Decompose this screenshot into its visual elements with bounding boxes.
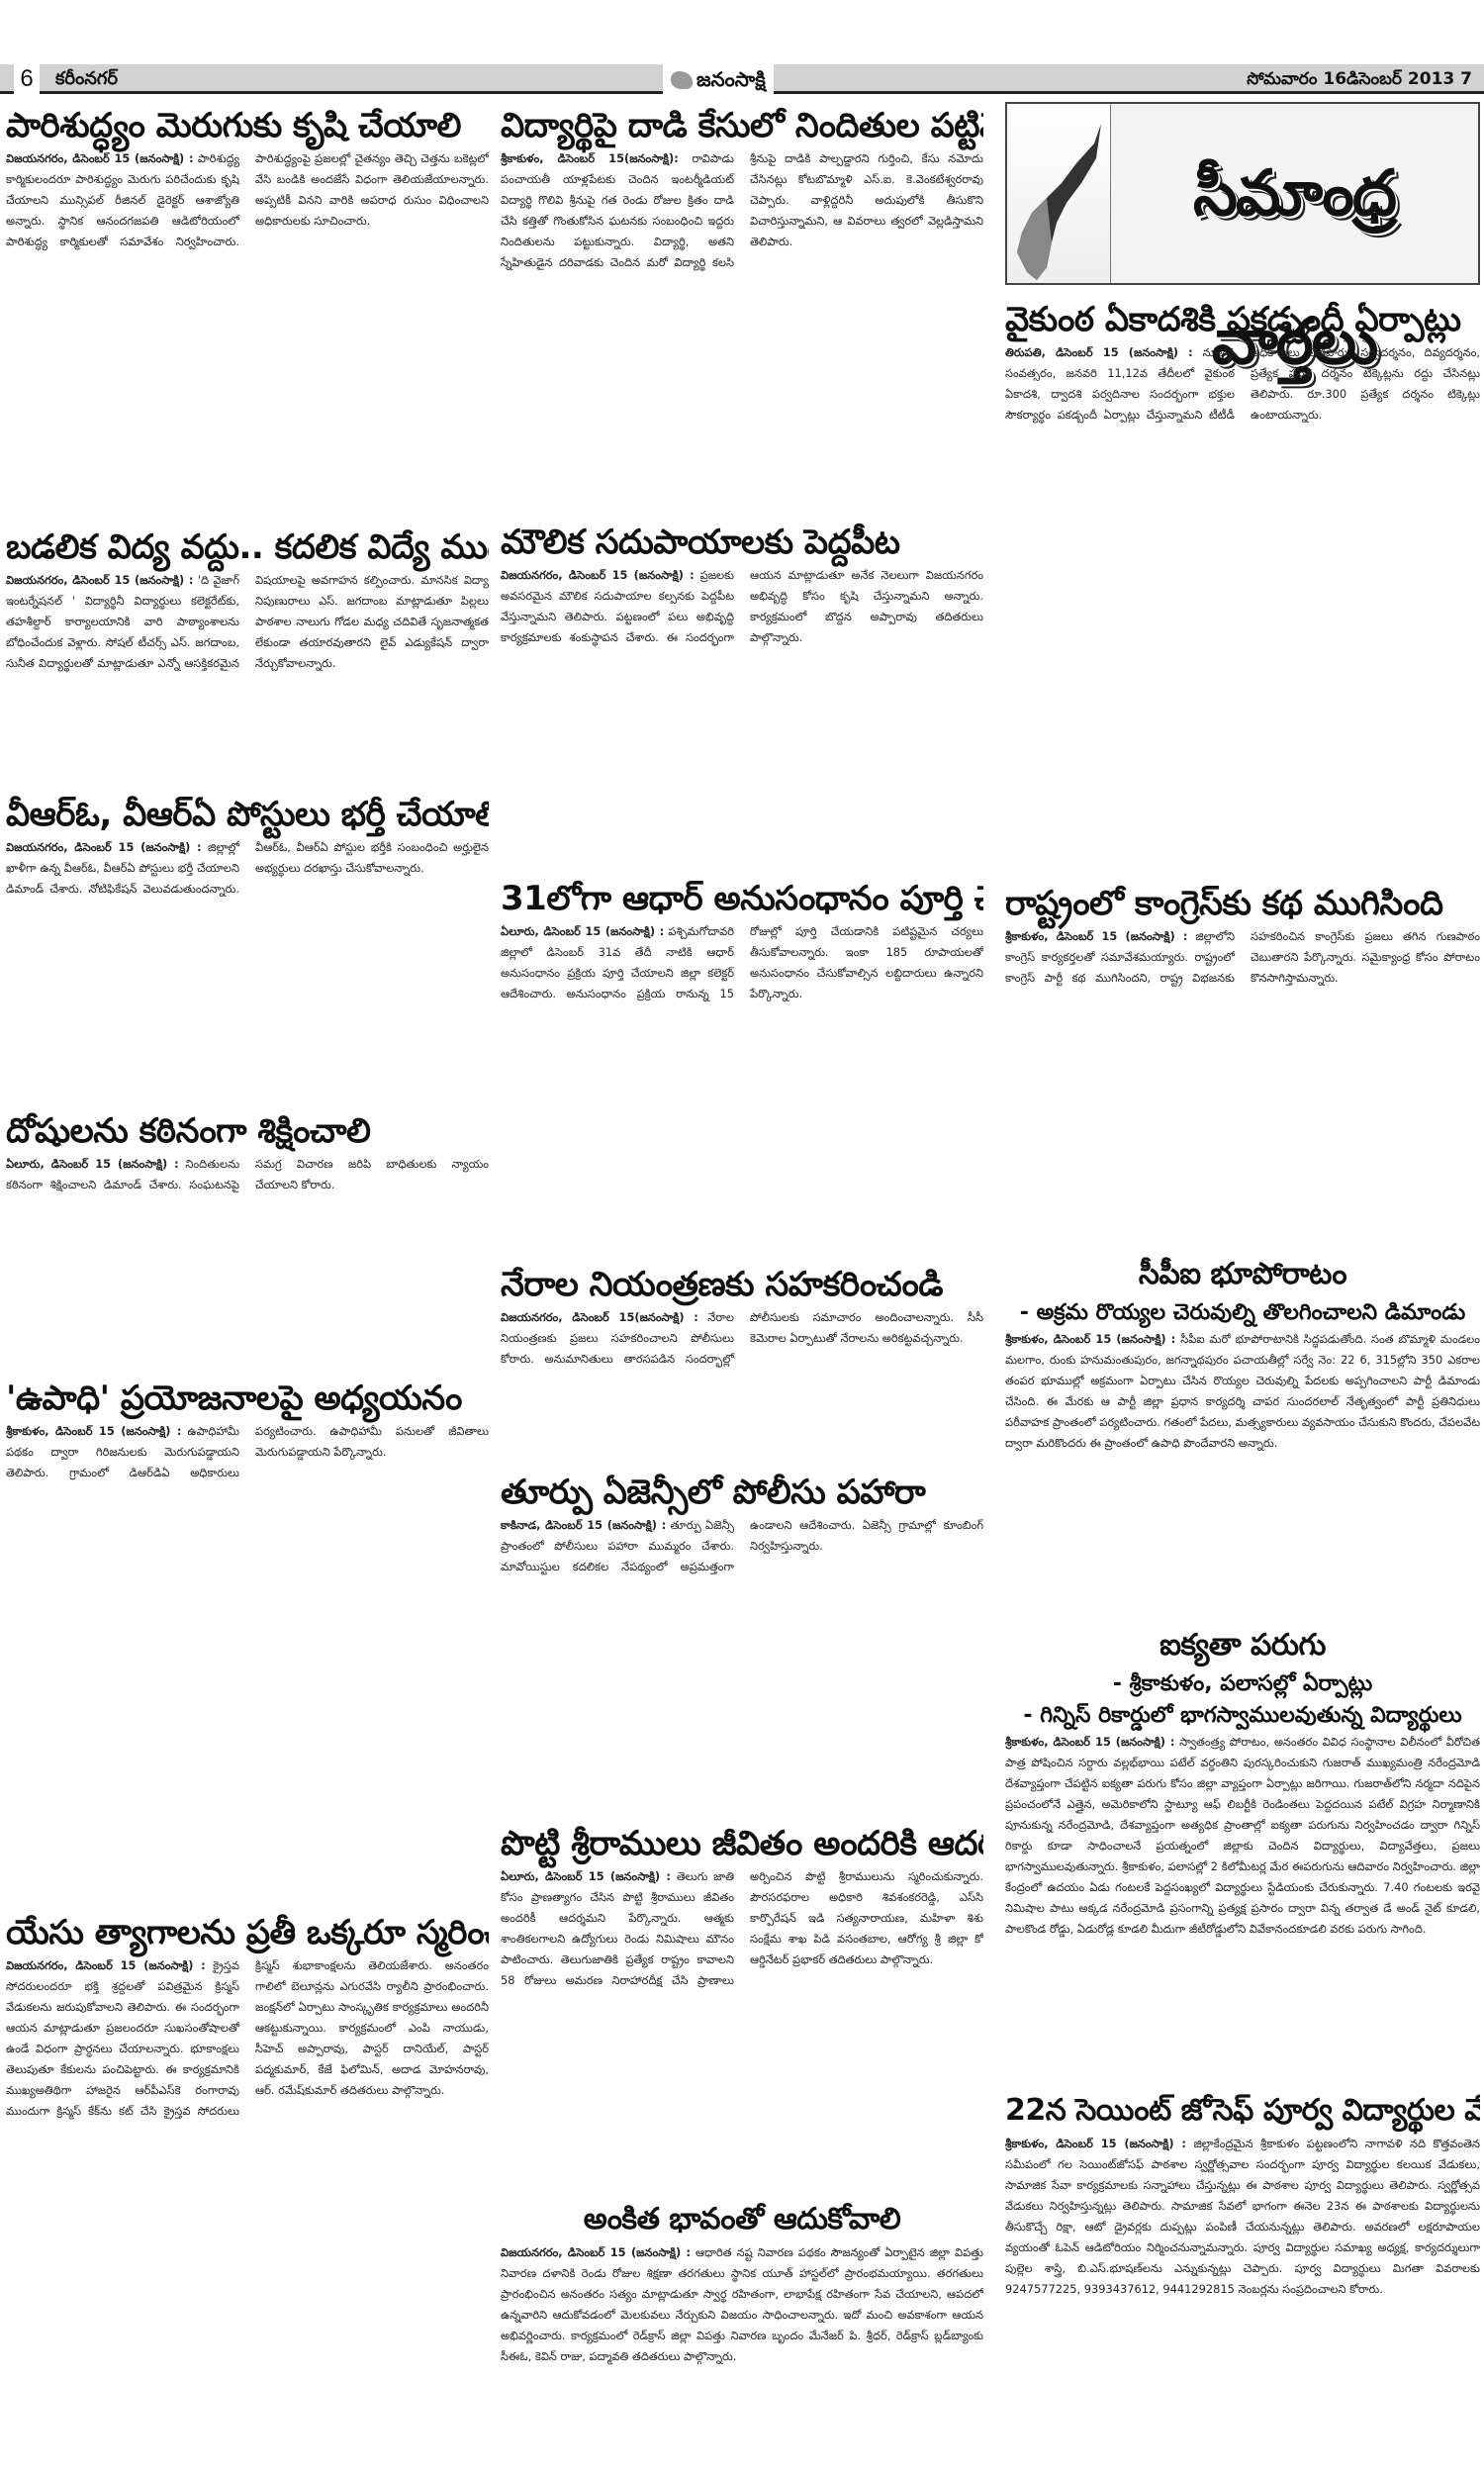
article-body: విజయనగరం, డిసెంబర్ 15 (జనంసాక్షి) : 'ది …	[6, 570, 489, 674]
article-subhead: - అక్రమ రొయ్యల చెరువుల్ని తొలగించాలని డి…	[1005, 1297, 1480, 1329]
article-dedication: అంకిత భావంతో ఆదుకోవాలి విజయనగరం, డిసెంబర…	[501, 2197, 983, 2425]
article-punish-culprits: దోషులను కఠినంగా శిక్షించాలి ఏలూరు, డిసెం…	[6, 1108, 489, 1361]
issue-date: సోమవారం 16డిసెంబర్ 2013 7	[1247, 64, 1472, 94]
article-headline: దోషులను కఠినంగా శిక్షించాలి	[6, 1108, 489, 1154]
article-student-attack: విద్యార్థిపై దాడి కేసులో నిందితుల పట్టివ…	[501, 103, 983, 509]
article-headline: వైకుంఠ ఏకాదశికి పకడ్బందీ ఏర్పాట్లు	[1005, 297, 1480, 342]
article-headline: సీపీఐ భూపోరాటం	[1005, 1252, 1480, 1297]
article-headline: వీఆర్‌ఓ, వీఆర్ఏ పోస్టులు భర్తీ చేయాలి	[6, 792, 489, 837]
article-headline: విద్యార్థిపై దాడి కేసులో నిందితుల పట్టివ…	[501, 103, 983, 148]
article-body: శ్రీకాకుళం, డిసెంబర్ 15 (జనంసాక్షి) : జి…	[1005, 2134, 1480, 2300]
article-headline: తూర్పు ఏజెన్సీలో పోలీసు పహారా	[501, 1470, 983, 1515]
article-infrastructure: మౌలిక సదుపాయాలకు పెద్దపీట విజయనగరం, డిసె…	[501, 520, 983, 856]
article-body: విజయనగరం, డిసెంబర్ 15(జనంసాక్షి) : నేరాల…	[501, 1307, 983, 1370]
article-body: విజయనగరం, డిసెంబర్ 15 (జనంసాక్షి) : జిల్…	[6, 837, 489, 900]
article-potti-sriramulu: పొట్టి శ్రీరాములు జీవితం అందరికి ఆదర్శం …	[501, 1821, 983, 2227]
article-body: శ్రీకాకుళం, డిసెంబర్ 15 (జనంసాక్షి) : జి…	[1005, 926, 1480, 989]
page-number: 6	[14, 64, 40, 94]
logo-map-icon	[671, 71, 693, 89]
article-cpi-land-struggle: సీపీఐ భూపోరాటం - అక్రమ రొయ్యల చెరువుల్ని…	[1005, 1252, 1480, 1628]
article-headline: 'ఉపాధి' ప్రయోజనాలపై అధ్యయనం	[6, 1376, 489, 1421]
article-upadhi-study: 'ఉపాధి' ప్రయోజనాలపై అధ్యయనం శ్రీకాకుళం, …	[6, 1376, 489, 1900]
andhra-map-icon	[1007, 104, 1111, 283]
banner-title: సీమాంధ్ర వార్తలు	[1116, 120, 1472, 268]
article-body: శ్రీకాకుళం, డిసెంబర్ 15 (జనంసాక్షి) : స్…	[1005, 1732, 1480, 1940]
section-name: కరీంనగర్	[55, 64, 118, 94]
article-body: శ్రీకాకుళం, డిసెంబర్ 15 (జనంసాక్షి) : సీ…	[1005, 1329, 1480, 1454]
article-body: విజయనగరం, డిసెంబర్ 15 (జనంసాక్షి) : పారి…	[6, 148, 489, 252]
article-unity-run: ఐక్యతా పరుగు - శ్రీకాకుళం, పలాసల్లో ఏర్ప…	[1005, 1623, 1480, 2068]
article-body: ఏలూరు, డిసెంబర్ 15 (జనంసాక్షి) : తెలుగు …	[501, 1866, 983, 1991]
page-header: 6 కరీంనగర్ జనంసాక్షి సోమవారం 16డిసెంబర్ …	[0, 64, 1484, 94]
article-body: ఏలూరు, డిసెంబర్ 15 (జనంసాక్షి) : పశ్చిమగ…	[501, 921, 983, 1004]
newspaper-logo: జనంసాక్షి	[663, 64, 774, 94]
article-headline: యేసు త్యాగాలను ప్రతీ ఒక్కరూ స్మరించుకోవా…	[6, 1910, 489, 1955]
article-crime-control: నేరాల నియంత్రణకు సహకరించండి విజయనగరం, డి…	[501, 1262, 983, 1465]
article-body: శ్రీకాకుళం, డిసెంబర్ 15(జనంసాక్షి): రావి…	[501, 148, 983, 273]
article-headline: మౌలిక సదుపాయాలకు పెద్దపీట	[501, 520, 983, 565]
article-headline: అంకిత భావంతో ఆదుకోవాలి	[501, 2197, 983, 2242]
article-congress-end: రాష్ట్రంలో కాంగ్రెస్‌కు కథ ముగిసింది శ్ర…	[1005, 881, 1480, 1247]
article-agency-police: తూర్పు ఏజెన్సీలో పోలీసు పహారా కాకినాడ, డ…	[501, 1470, 983, 1865]
article-body: తిరుపతి, డిసెంబర్ 15 (జనంసాక్షి) : నూతన …	[1005, 342, 1480, 426]
article-headline: 31లోగా ఆధార్ అనుసంధానం పూర్తి చేయాలి	[501, 876, 983, 921]
article-body: విజయనగరం, డిసెంబర్ 15 (జనంసాక్షి) : క్రై…	[6, 1955, 489, 2122]
article-headline: నేరాల నియంత్రణకు సహకరించండి	[501, 1262, 983, 1307]
article-subhead: - శ్రీకాకుళం, పలాసల్లో ఏర్పాట్లు	[1005, 1668, 1480, 1700]
seemandhra-news-banner: సీమాంధ్ర వార్తలు	[1005, 102, 1480, 285]
article-vaikunta-ekadasi: వైకుంఠ ఏకాదశికి పకడ్బందీ ఏర్పాట్లు తిరుప…	[1005, 297, 1480, 910]
article-sanitation: పారిశుద్ధ్యం మెరుగుకు కృషి చేయాలి విజయనగ…	[6, 103, 489, 519]
article-headline: 22న సెయింట్ జోసెఫ్ పూర్వ విద్యార్థుల వేడ…	[1005, 2088, 1480, 2134]
article-headline: రాష్ట్రంలో కాంగ్రెస్‌కు కథ ముగిసింది	[1005, 881, 1480, 926]
state-map-graphic	[1007, 104, 1111, 283]
article-st-joseph-alumni: 22న సెయింట్ జోసెఫ్ పూర్వ విద్యార్థుల వేడ…	[1005, 2088, 1480, 2454]
article-headline: బడలిక విద్య వద్దు.. కదలిక విద్యే ముద్దు	[6, 524, 489, 570]
article-body: ఏలూరు, డిసెంబర్ 15 (జనంసాక్షి) : నిందితు…	[6, 1154, 489, 1195]
article-subhead: - గిన్నిస్ రికార్డులో భాగస్వాములవుతున్న …	[1005, 1700, 1480, 1732]
article-body: విజయనగరం, డిసెంబర్ 15 (జనంసాక్షి) : ఆధార…	[501, 2242, 983, 2367]
article-body: కాకినాడ, డిసెంబర్ 15 (జనంసాక్షి) : తూర్ప…	[501, 1515, 983, 1577]
article-aadhaar: 31లోగా ఆధార్ అనుసంధానం పూర్తి చేయాలి ఏలూ…	[501, 876, 983, 1232]
article-headline: ఐక్యతా పరుగు	[1005, 1623, 1480, 1668]
logo-text: జనంసాక్షి	[696, 67, 766, 91]
article-body: విజయనగరం, డిసెంబర్ 15 (జనంసాక్షి) : ప్రజ…	[501, 565, 983, 648]
article-vro-posts: వీఆర్‌ఓ, వీఆర్ఏ పోస్టులు భర్తీ చేయాలి వి…	[6, 792, 489, 1059]
article-body: శ్రీకాకుళం, డిసెంబర్ 15 (జనంసాక్షి) : ఉప…	[6, 1421, 489, 1483]
article-headline: పొట్టి శ్రీరాములు జీవితం అందరికి ఆదర్శం	[501, 1821, 983, 1866]
article-headline: పారిశుద్ధ్యం మెరుగుకు కృషి చేయాలి	[6, 103, 489, 148]
article-christmas: యేసు త్యాగాలను ప్రతీ ఒక్కరూ స్మరించుకోవా…	[6, 1910, 489, 2405]
